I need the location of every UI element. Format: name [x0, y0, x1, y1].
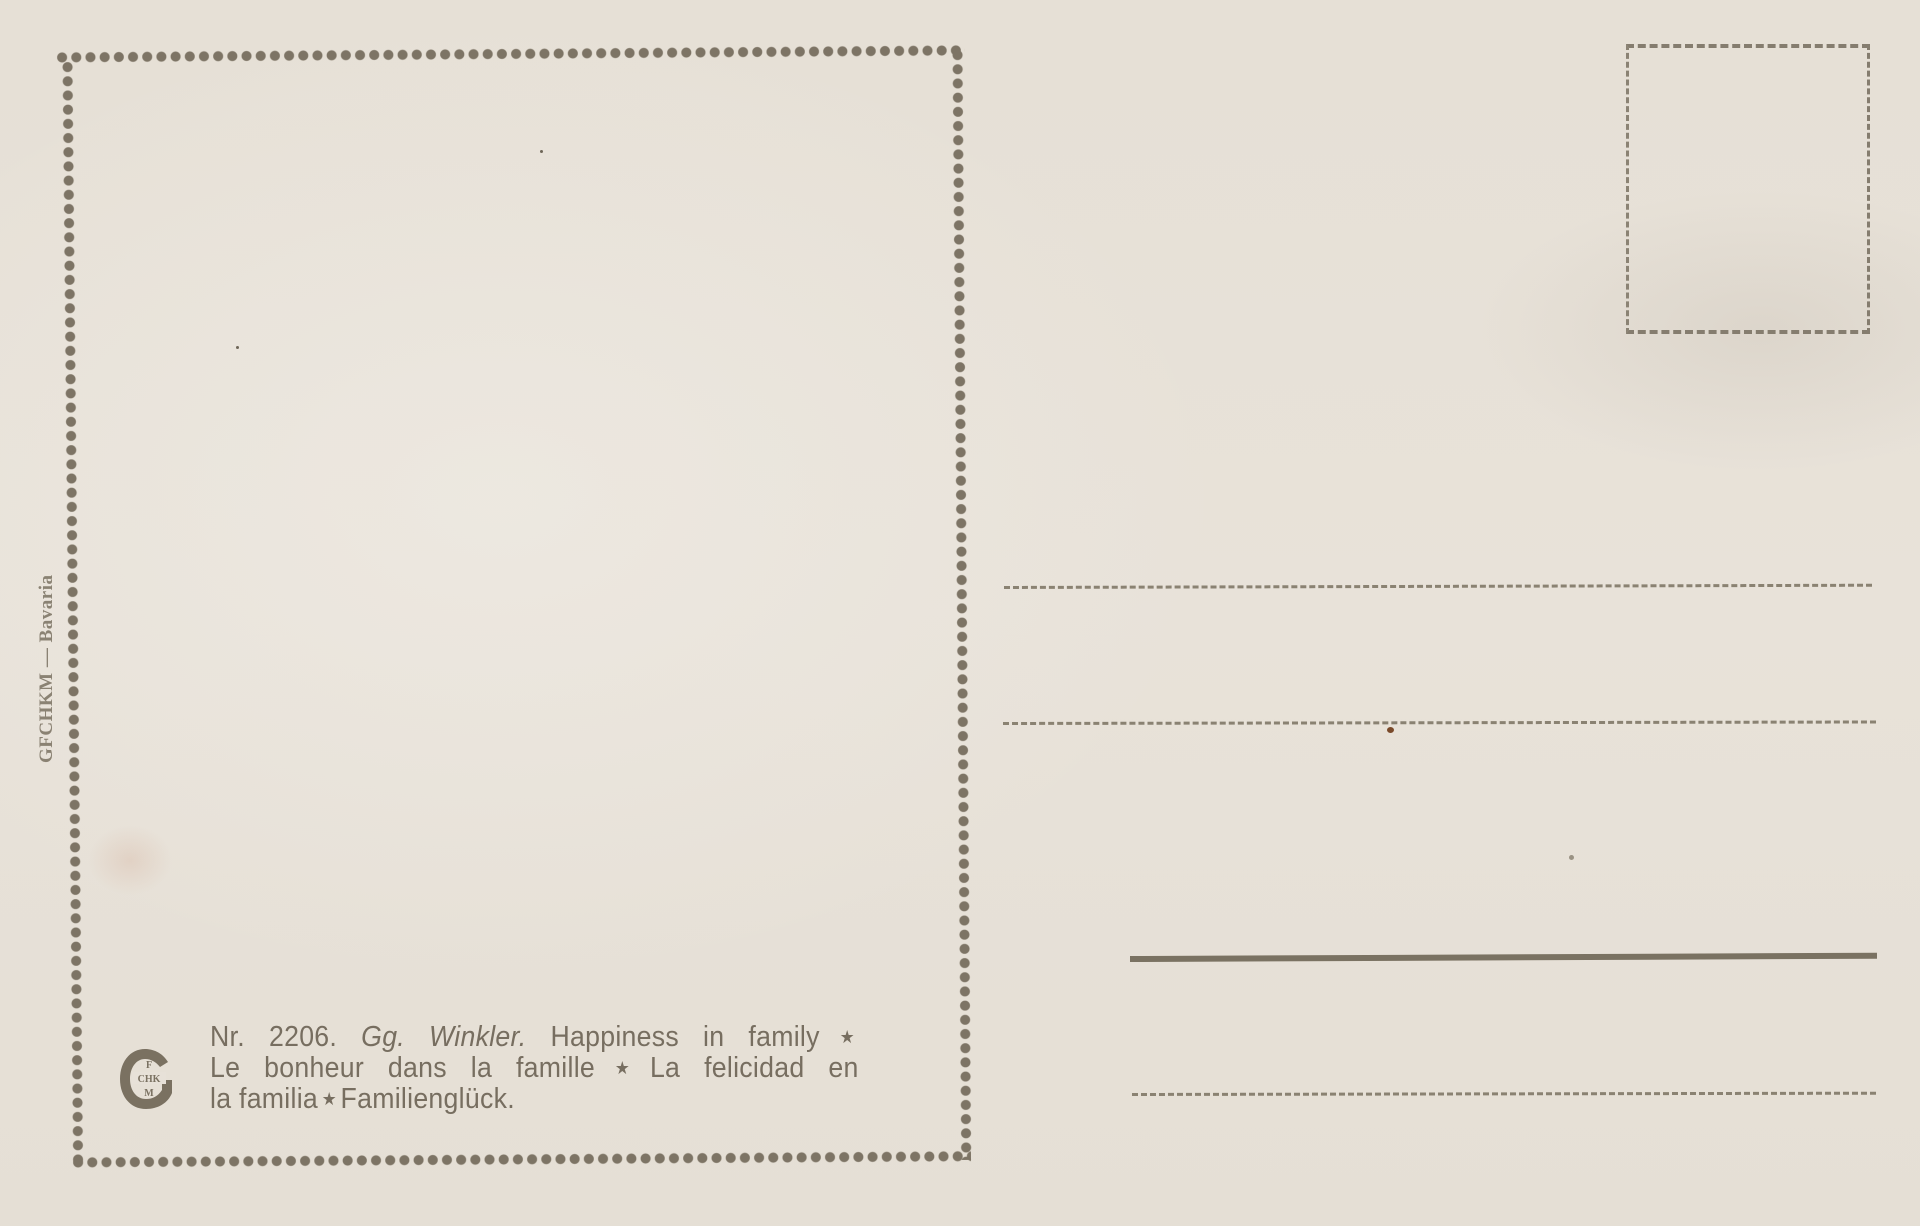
star-separator-icon: ★ [595, 1058, 650, 1078]
address-line-3 [1130, 953, 1877, 962]
title-german: Familienglück. [341, 1083, 515, 1115]
svg-text:M: M [144, 1088, 154, 1099]
paper-speck [1569, 855, 1574, 860]
caption-line-3: la familia★Familienglück. [210, 1084, 859, 1115]
svg-text:F: F [146, 1060, 152, 1071]
frame-bottom-edge [71, 1151, 971, 1168]
artist-name: Gg. Winkler. [361, 1021, 526, 1053]
star-separator-icon: ★ [318, 1089, 340, 1109]
postcard-back: GFCHKM — Bavaria F CHK M Nr. 2206. Gg. W… [0, 0, 1920, 1226]
paper-speck [540, 150, 543, 153]
address-line-2 [1003, 720, 1876, 725]
title-spanish-part2: la familia [210, 1083, 318, 1115]
caption-line-1: Nr. 2206. Gg. Winkler. Happiness in fami… [210, 1022, 859, 1053]
stamp-box [1626, 44, 1870, 334]
catalog-number: Nr. 2206. [210, 1021, 337, 1053]
frame-right-edge [952, 48, 972, 1160]
title-french: Le bonheur dans la famille [210, 1052, 595, 1084]
address-line-1 [1004, 584, 1872, 589]
title-spanish-part1: La felicidad en [650, 1052, 859, 1084]
paper-speck [236, 346, 239, 349]
card-caption: Nr. 2206. Gg. Winkler. Happiness in fami… [210, 1022, 859, 1115]
caption-line-2: Le bonheur dans la famille★La felicidad … [210, 1053, 859, 1084]
gfchkm-monogram-icon: F CHK M [118, 1048, 176, 1110]
frame-left-edge [62, 60, 84, 1168]
publisher-imprint: GFCHKM — Bavaria [36, 575, 58, 763]
svg-text:CHK: CHK [138, 1074, 161, 1085]
paper-speck [1387, 727, 1394, 733]
star-separator-icon: ★ [820, 1027, 859, 1047]
frame-top-edge [55, 45, 965, 63]
title-english: Happiness in family [550, 1021, 819, 1053]
address-line-4 [1132, 1092, 1876, 1096]
